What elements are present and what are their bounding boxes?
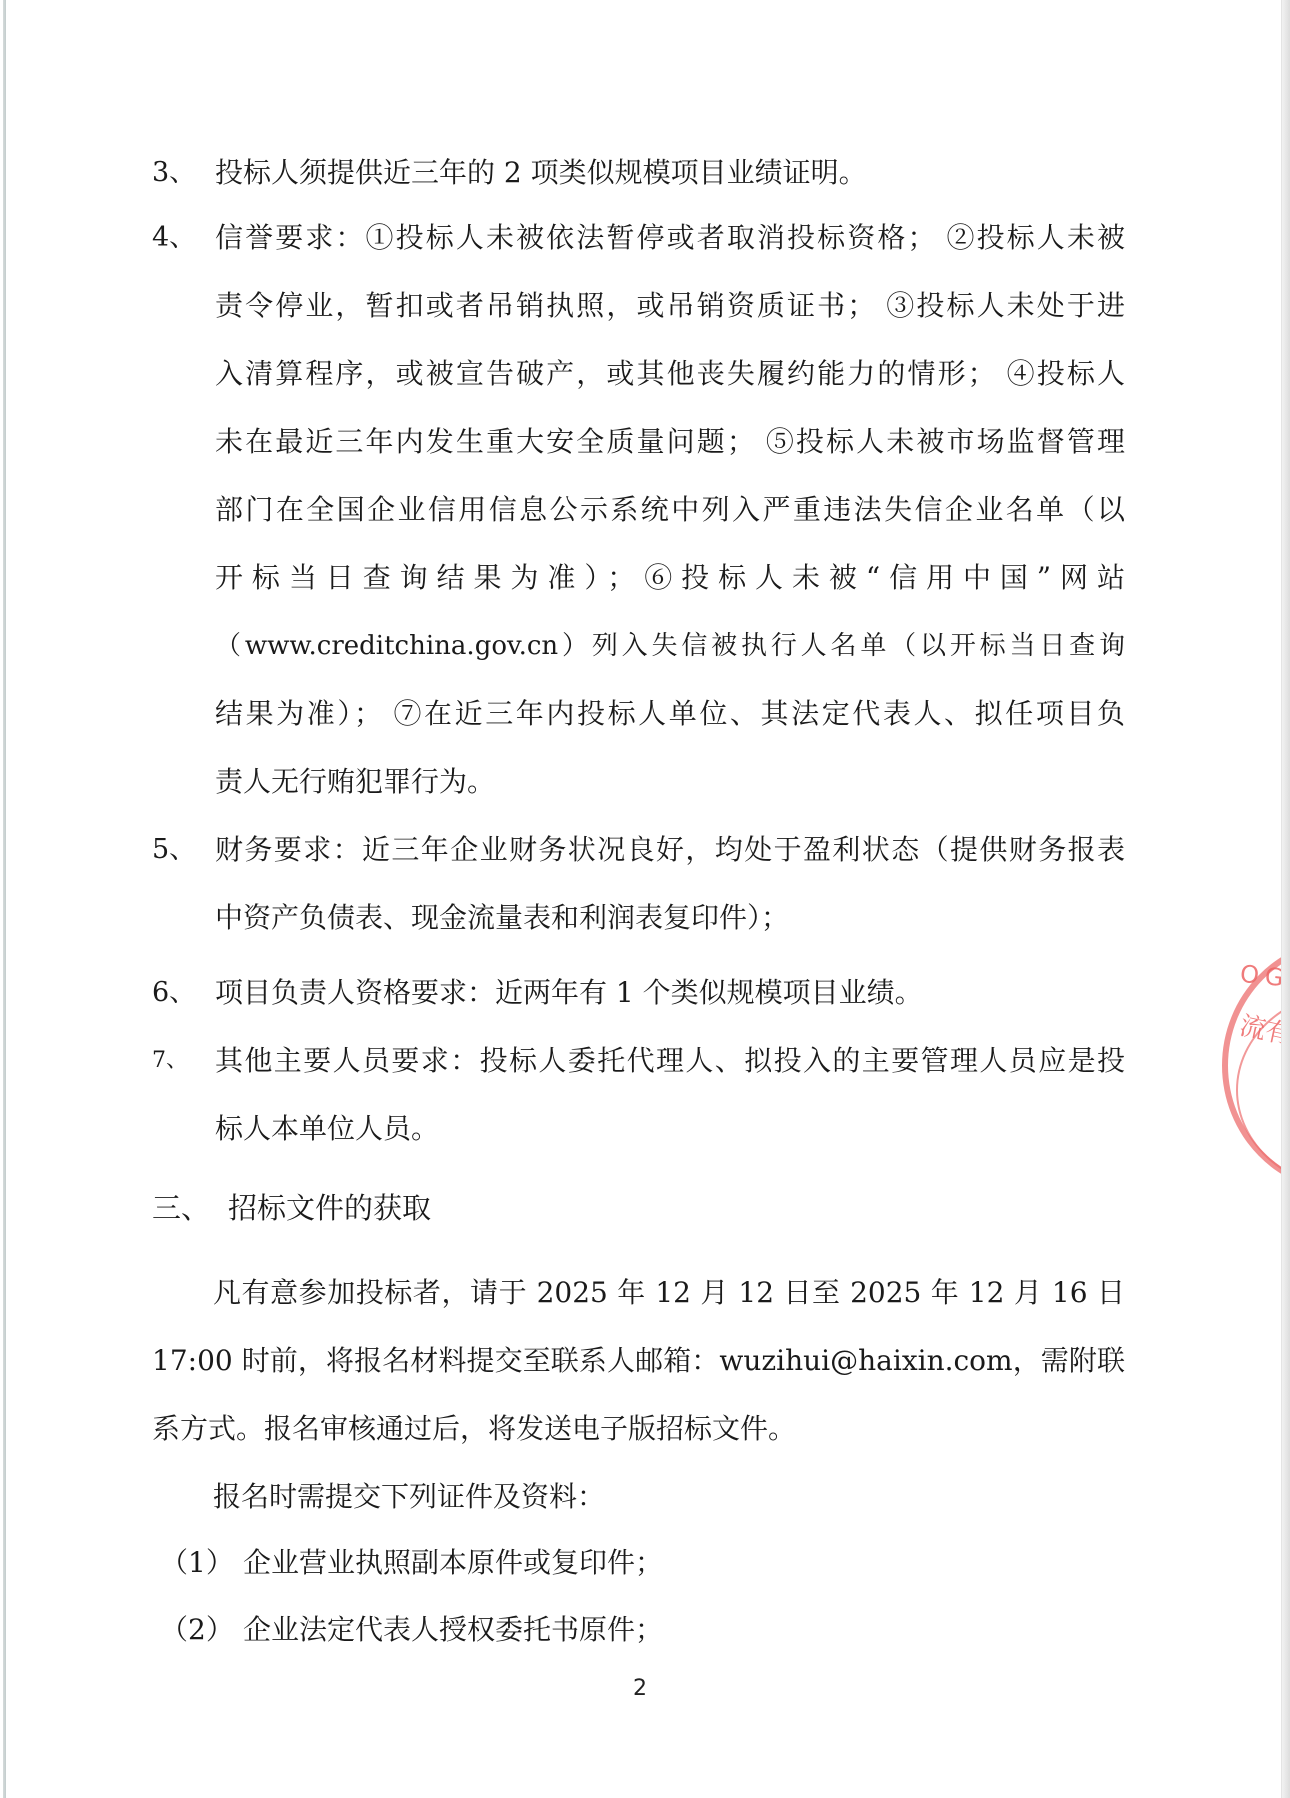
materials-intro: 报名时需提交下列证件及资料： (213, 1477, 605, 1517)
item-number: 4、 (152, 218, 196, 258)
item-7-line: 标人本单位人员。 (215, 1109, 439, 1149)
material-item: 企业营业执照副本原件或复印件； (243, 1543, 663, 1583)
paragraph-line: 凡有意参加投标者，请于 2025 年 12 月 12 日至 2025 年 12 … (213, 1273, 1125, 1313)
page-number: 2 (628, 1674, 652, 1704)
material-item: 企业法定代表人授权委托书原件； (243, 1610, 663, 1650)
item-number: 6、 (152, 973, 196, 1013)
item-3-line: 投标人须提供近三年的 2 项类似规模项目业绩证明。 (215, 153, 867, 193)
item-4-line: 结果为准）； ⑦在近三年内投标人单位、其法定代表人、拟任项目负 (215, 694, 1125, 734)
scan-edge-left (3, 0, 6, 1798)
company-seal-stamp: OGIS 流有 (1200, 920, 1281, 1220)
paragraph-line: 系方式。报名审核通过后，将发送电子版招标文件。 (152, 1409, 796, 1449)
material-number: （2） (160, 1610, 234, 1650)
section-number: 三、 (152, 1188, 210, 1228)
item-4-line: （www.creditchina.gov.cn）列入失信被执行人名单（以开标当日… (215, 626, 1125, 666)
item-4-line: 责人无行贿犯罪行为。 (215, 762, 495, 802)
item-4-line: 责令停业，暂扣或者吊销执照，或吊销资质证书； ③投标人未处于进 (215, 286, 1125, 326)
section-title: 招标文件的获取 (228, 1188, 431, 1228)
item-4-line: 信誉要求：①投标人未被依法暂停或者取消投标资格； ②投标人未被 (215, 218, 1125, 258)
item-number: 7、 (152, 1041, 188, 1081)
scan-edge-right (1281, 0, 1290, 1798)
item-5-line: 中资产负债表、现金流量表和利润表复印件）； (215, 898, 789, 938)
item-4-line: 入清算程序，或被宣告破产，或其他丧失履约能力的情形； ④投标人 (215, 354, 1125, 394)
material-number: （1） (160, 1543, 234, 1583)
item-4-line: 开标当日查询结果为准）；⑥投标人未被“信用中国”网站 (215, 558, 1125, 598)
item-number: 5、 (152, 830, 196, 870)
item-number: 3、 (152, 153, 196, 193)
item-6-line: 项目负责人资格要求：近两年有 1 个类似规模项目业绩。 (215, 973, 923, 1013)
item-7-line: 其他主要人员要求：投标人委托代理人、拟投入的主要管理人员应是投 (215, 1041, 1125, 1081)
item-4-line: 部门在全国企业信用信息公示系统中列入严重违法失信企业名单（以 (215, 490, 1125, 530)
paragraph-line: 17:00 时前，将报名材料提交至联系人邮箱：wuzihui@haixin.co… (152, 1341, 1125, 1381)
item-5-line: 财务要求：近三年企业财务状况良好，均处于盈利状态（提供财务报表 (215, 830, 1125, 870)
item-4-line: 未在最近三年内发生重大安全质量问题； ⑤投标人未被市场监督管理 (215, 422, 1125, 462)
